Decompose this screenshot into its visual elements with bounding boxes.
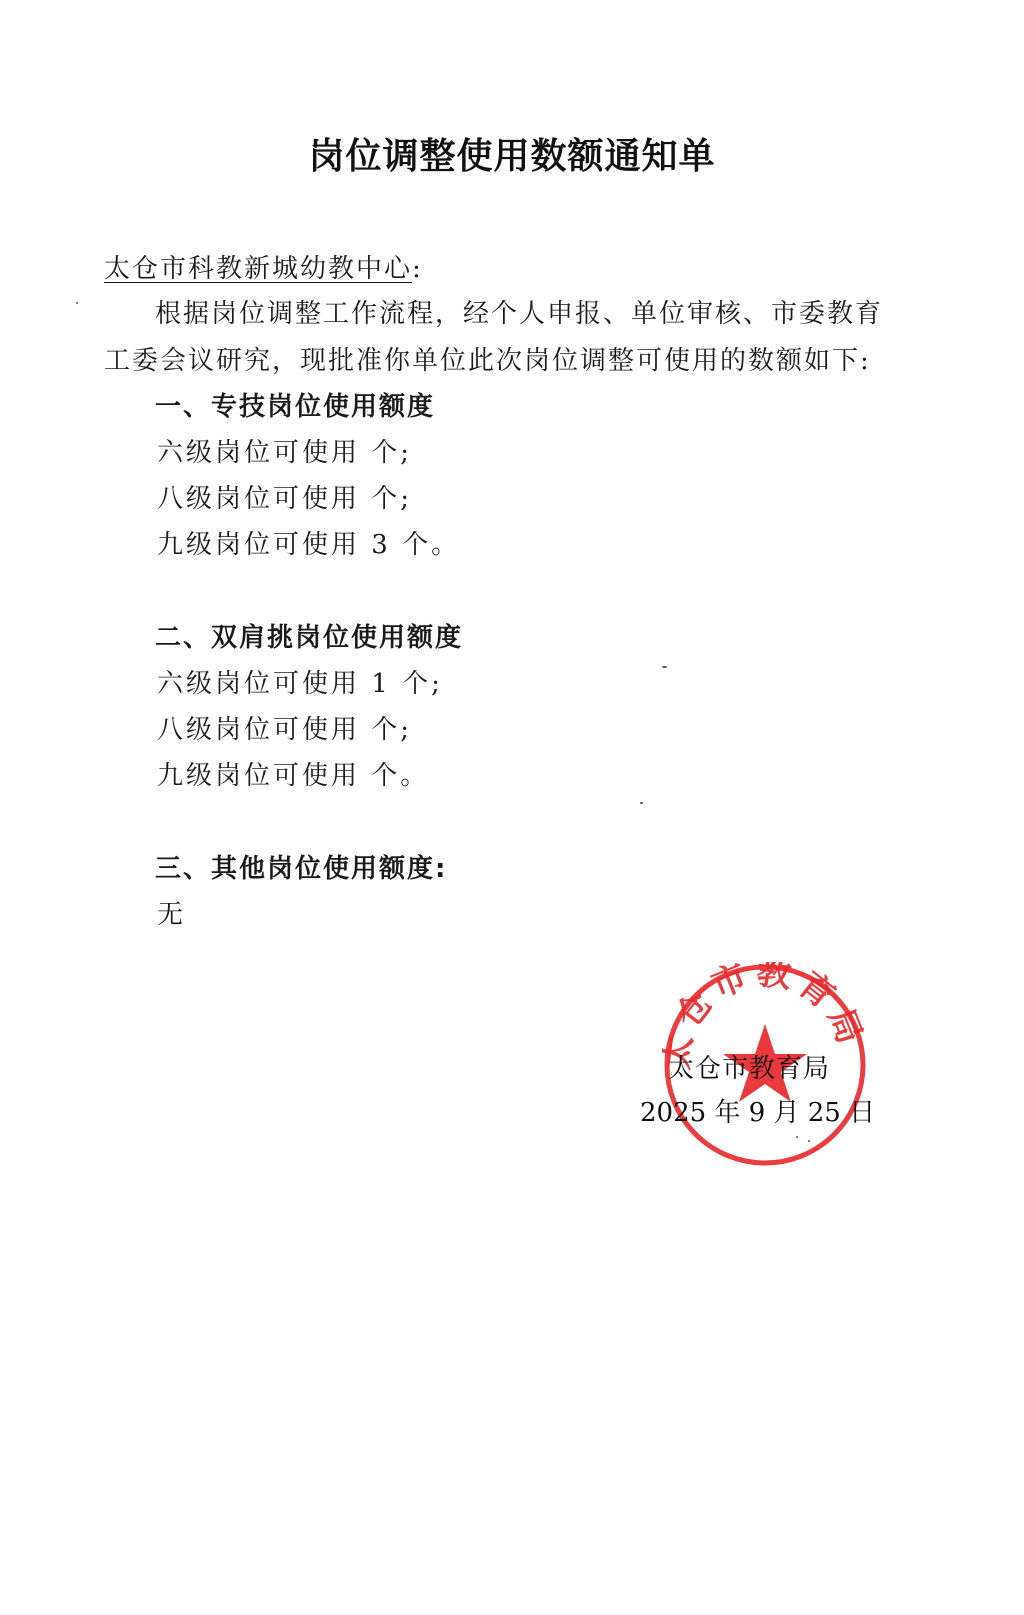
list-item: 八级岗位可使用 个; [157, 709, 412, 746]
signature-organization: 太仓市教育局 [668, 1048, 830, 1085]
list-item: 六级岗位可使用 1 个; [157, 663, 443, 700]
scan-speck [808, 1140, 810, 1142]
list-item: 无 [157, 894, 186, 931]
scan-speck [796, 1136, 798, 1138]
addressee: 太仓市科教新城幼教中心: [104, 248, 423, 285]
list-item: 八级岗位可使用 个; [157, 478, 412, 515]
section-heading-other: 三、其他岗位使用额度: [155, 848, 447, 885]
addressee-name: 太仓市科教新城幼教中心 [104, 254, 412, 284]
body-paragraph-line-1: 根据岗位调整工作流程，经个人申报、单位审核、市委教育 [155, 293, 883, 330]
document-title: 岗位调整使用数额通知单 [0, 128, 1024, 179]
addressee-colon: : [412, 254, 423, 284]
section-heading-professional: 一、专技岗位使用额度 [155, 386, 435, 423]
signature-date: 2025 年 9 月 25 日 [640, 1092, 875, 1129]
list-item: 九级岗位可使用 个。 [157, 755, 429, 792]
scan-speck [76, 302, 78, 304]
body-paragraph-line-2: 工委会议研究，现批准你单位此次岗位调整可使用的数额如下: [104, 340, 871, 377]
document-page: 岗位调整使用数额通知单 太仓市科教新城幼教中心: 根据岗位调整工作流程，经个人申… [0, 0, 1024, 1615]
section-heading-dual-role: 二、双肩挑岗位使用额度 [155, 617, 463, 654]
scan-speck [662, 666, 667, 668]
list-item: 九级岗位可使用 3 个。 [157, 524, 460, 561]
list-item: 六级岗位可使用 个; [157, 432, 412, 469]
scan-speck [640, 802, 643, 804]
